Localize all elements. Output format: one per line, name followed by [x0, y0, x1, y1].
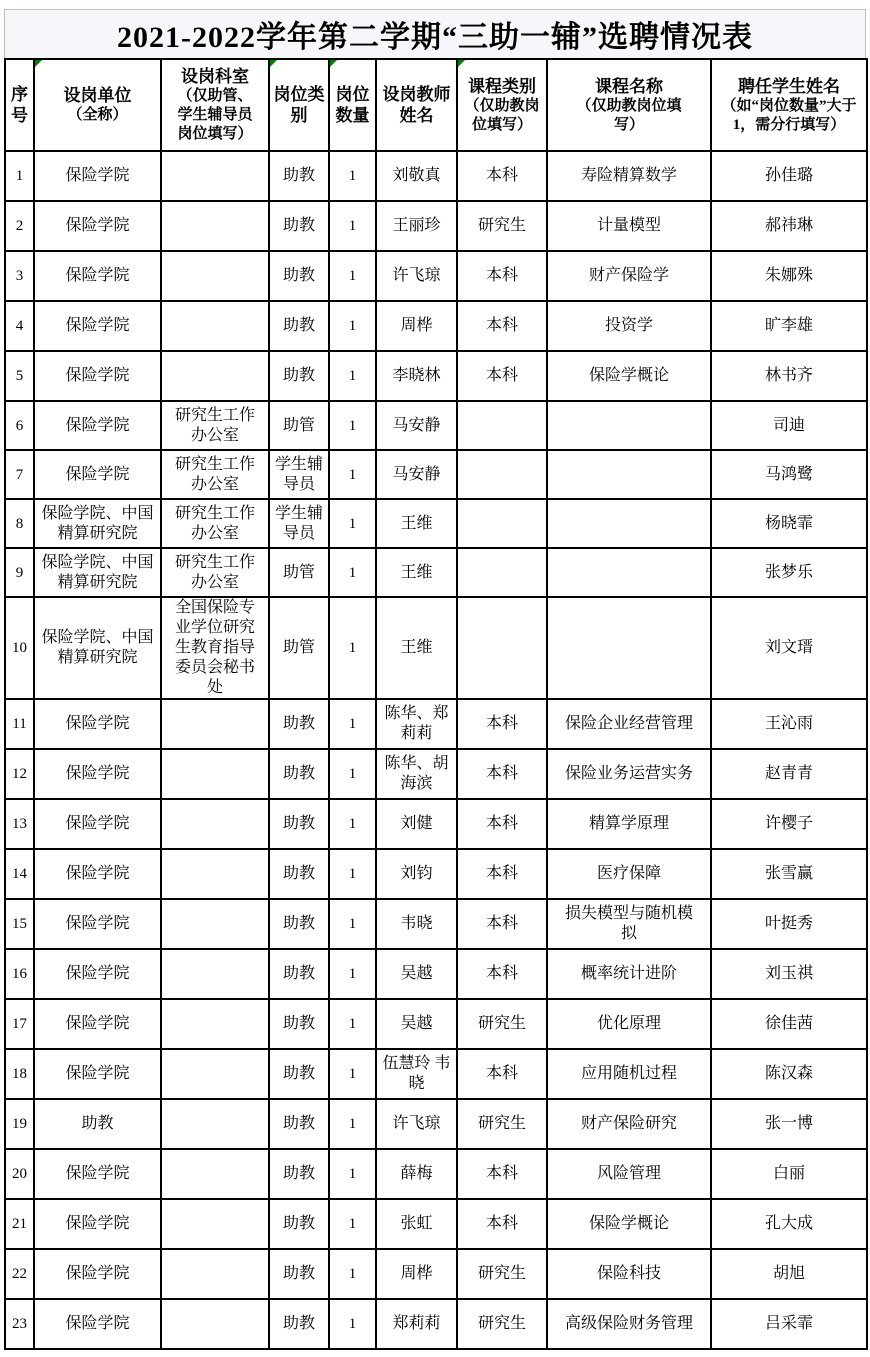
cell-course-name: 精算学原理	[547, 799, 711, 849]
cell-dept	[161, 699, 269, 749]
cell-unit: 保险学院	[34, 351, 161, 401]
header-row: 序号 设岗单位 （全称） 设岗科室 （仅助管、学生辅导员岗位填写） 岗位类别 岗…	[5, 59, 867, 151]
header-course-name: 课程名称 （仅助教岗位填写）	[547, 59, 711, 151]
header-student-note: （如“岗位数量”大于1，需分行填写）	[720, 97, 858, 135]
cell-unit: 保险学院	[34, 799, 161, 849]
cell-unit: 保险学院	[34, 949, 161, 999]
cell-seq: 7	[5, 450, 34, 499]
table-row: 14 保险学院 助教 1 刘钧 本科 医疗保障 张雪赢	[5, 849, 867, 899]
cell-course-name: 医疗保障	[547, 849, 711, 899]
header-seq: 序号	[5, 59, 34, 151]
cell-course-name: 保险科技	[547, 1249, 711, 1299]
cell-course-type: 研究生	[457, 1099, 547, 1149]
cell-course-type	[457, 499, 547, 548]
cell-seq: 6	[5, 401, 34, 450]
cell-dept: 全国保险专业学位研究生教育指导委员会秘书处	[161, 597, 269, 699]
cell-unit: 保险学院、中国精算研究院	[34, 597, 161, 699]
cell-qty: 1	[329, 949, 376, 999]
cell-unit: 保险学院	[34, 699, 161, 749]
header-course-type: 课程类别 （仅助教岗位填写）	[457, 59, 547, 151]
cell-unit: 保险学院	[34, 1149, 161, 1199]
cell-course-type	[457, 548, 547, 597]
cell-category: 助教	[269, 899, 329, 949]
table-row: 16 保险学院 助教 1 吴越 本科 概率统计进阶 刘玉祺	[5, 949, 867, 999]
cell-student: 刘文瑨	[711, 597, 867, 699]
cell-category: 助教	[269, 351, 329, 401]
cell-category: 助管	[269, 597, 329, 699]
cell-category: 助教	[269, 1199, 329, 1249]
cell-course-name: 应用随机过程	[547, 1049, 711, 1099]
cell-category: 助教	[269, 251, 329, 301]
cell-seq: 5	[5, 351, 34, 401]
cell-course-name	[547, 450, 711, 499]
cell-dept	[161, 151, 269, 201]
cell-category: 助管	[269, 401, 329, 450]
header-course-type-label: 课程类别	[464, 76, 540, 97]
cell-unit: 保险学院	[34, 1199, 161, 1249]
table-row: 23 保险学院 助教 1 郑莉莉 研究生 高级保险财务管理 吕采霏	[5, 1299, 867, 1349]
cell-teacher: 张虹	[376, 1199, 457, 1249]
cell-category: 助教	[269, 301, 329, 351]
cell-seq: 9	[5, 548, 34, 597]
cell-course-type	[457, 597, 547, 699]
cell-category: 助教	[269, 1299, 329, 1349]
cell-course-name: 计量模型	[547, 201, 711, 251]
cell-course-name: 概率统计进阶	[547, 949, 711, 999]
cell-course-type: 本科	[457, 301, 547, 351]
cell-course-name	[547, 597, 711, 699]
cell-dept	[161, 1099, 269, 1149]
cell-qty: 1	[329, 1049, 376, 1099]
cell-qty: 1	[329, 499, 376, 548]
table-row: 21 保险学院 助教 1 张虹 本科 保险学概论 孔大成	[5, 1199, 867, 1249]
cell-teacher: 郑莉莉	[376, 1299, 457, 1349]
table-row: 17 保险学院 助教 1 吴越 研究生 优化原理 徐佳茜	[5, 999, 867, 1049]
cell-dept	[161, 949, 269, 999]
header-seq-label: 序号	[8, 84, 31, 126]
cell-course-type: 本科	[457, 949, 547, 999]
cell-teacher: 马安静	[376, 401, 457, 450]
cell-teacher: 陈华、郑莉莉	[376, 699, 457, 749]
cell-student: 孙佳璐	[711, 151, 867, 201]
cell-category: 助教	[269, 1249, 329, 1299]
cell-course-name: 损失模型与随机模拟	[547, 899, 711, 949]
cell-course-name: 保险企业经营管理	[547, 699, 711, 749]
cell-flag-icon	[458, 60, 465, 67]
cell-dept	[161, 1199, 269, 1249]
cell-seq: 12	[5, 749, 34, 799]
cell-course-name: 财产保险研究	[547, 1099, 711, 1149]
cell-course-type: 本科	[457, 351, 547, 401]
cell-course-type: 研究生	[457, 1299, 547, 1349]
cell-seq: 22	[5, 1249, 34, 1299]
table-row: 20 保险学院 助教 1 薛梅 本科 风险管理 白丽	[5, 1149, 867, 1199]
cell-unit: 保险学院	[34, 201, 161, 251]
cell-dept: 研究生工作办公室	[161, 401, 269, 450]
cell-dept	[161, 1249, 269, 1299]
cell-qty: 1	[329, 1099, 376, 1149]
cell-student: 吕采霏	[711, 1299, 867, 1349]
cell-qty: 1	[329, 401, 376, 450]
cell-dept: 研究生工作办公室	[161, 450, 269, 499]
cell-student: 旷李雄	[711, 301, 867, 351]
cell-qty: 1	[329, 450, 376, 499]
cell-course-name: 投资学	[547, 301, 711, 351]
cell-teacher: 薛梅	[376, 1149, 457, 1199]
cell-unit: 保险学院	[34, 1249, 161, 1299]
cell-unit: 保险学院	[34, 749, 161, 799]
header-unit-note: （全称）	[43, 106, 152, 125]
header-teacher-label: 设岗教师姓名	[379, 84, 454, 126]
cell-teacher: 刘健	[376, 799, 457, 849]
cell-qty: 1	[329, 699, 376, 749]
cell-seq: 4	[5, 301, 34, 351]
cell-category: 助教	[269, 949, 329, 999]
table-row: 15 保险学院 助教 1 韦晓 本科 损失模型与随机模拟 叶挺秀	[5, 899, 867, 949]
cell-category: 助教	[269, 799, 329, 849]
cell-qty: 1	[329, 1249, 376, 1299]
cell-unit: 保险学院	[34, 1299, 161, 1349]
cell-qty: 1	[329, 1149, 376, 1199]
cell-seq: 1	[5, 151, 34, 201]
cell-course-type: 本科	[457, 1049, 547, 1099]
header-course-type-note: （仅助教岗位填写）	[464, 97, 540, 135]
cell-unit: 保险学院	[34, 899, 161, 949]
sheet: 2021-2022学年第二学期“三助一辅”选聘情况表 序号 设岗单位 （全称） …	[4, 9, 866, 1350]
cell-qty: 1	[329, 749, 376, 799]
cell-dept	[161, 1049, 269, 1099]
cell-teacher: 陈华、胡海滨	[376, 749, 457, 799]
cell-student: 张雪赢	[711, 849, 867, 899]
page-title: 2021-2022学年第二学期“三助一辅”选聘情况表	[117, 12, 753, 56]
cell-qty: 1	[329, 1199, 376, 1249]
cell-student: 徐佳茜	[711, 999, 867, 1049]
cell-category: 助教	[269, 849, 329, 899]
cell-course-type: 研究生	[457, 1249, 547, 1299]
cell-unit: 保险学院	[34, 999, 161, 1049]
header-category: 岗位类别	[269, 59, 329, 151]
cell-seq: 23	[5, 1299, 34, 1349]
cell-qty: 1	[329, 151, 376, 201]
table-row: 22 保险学院 助教 1 周桦 研究生 保险科技 胡旭	[5, 1249, 867, 1299]
table-row: 18 保险学院 助教 1 伍慧玲 韦晓 本科 应用随机过程 陈汉森	[5, 1049, 867, 1099]
cell-student: 张一博	[711, 1099, 867, 1149]
cell-category: 助管	[269, 548, 329, 597]
cell-course-name: 寿险精算数学	[547, 151, 711, 201]
cell-course-name	[547, 499, 711, 548]
cell-unit: 保险学院	[34, 450, 161, 499]
table-row: 7 保险学院 研究生工作办公室 学生辅导员 1 马安静 马鸿鹭	[5, 450, 867, 499]
cell-course-type: 本科	[457, 1199, 547, 1249]
cell-seq: 21	[5, 1199, 34, 1249]
cell-course-type: 本科	[457, 151, 547, 201]
header-unit-label: 设岗单位	[43, 85, 152, 106]
cell-qty: 1	[329, 799, 376, 849]
title-bar: 2021-2022学年第二学期“三助一辅”选聘情况表	[4, 9, 866, 58]
header-category-label: 岗位类别	[272, 84, 326, 126]
header-dept-label: 设岗科室	[175, 66, 255, 87]
header-dept-note: （仅助管、学生辅导员岗位填写）	[175, 87, 255, 144]
cell-student: 郝祎琳	[711, 201, 867, 251]
header-dept: 设岗科室 （仅助管、学生辅导员岗位填写）	[161, 59, 269, 151]
cell-teacher: 刘敬真	[376, 151, 457, 201]
cell-student: 林书齐	[711, 351, 867, 401]
cell-course-name: 优化原理	[547, 999, 711, 1049]
cell-category: 助教	[269, 699, 329, 749]
cell-dept	[161, 251, 269, 301]
cell-course-type: 本科	[457, 849, 547, 899]
cell-student: 赵青青	[711, 749, 867, 799]
cell-teacher: 马安静	[376, 450, 457, 499]
header-unit: 设岗单位 （全称）	[34, 59, 161, 151]
table-row: 5 保险学院 助教 1 李晓林 本科 保险学概论 林书齐	[5, 351, 867, 401]
cell-seq: 17	[5, 999, 34, 1049]
cell-student: 王沁雨	[711, 699, 867, 749]
cell-seq: 16	[5, 949, 34, 999]
cell-category: 助教	[269, 999, 329, 1049]
header-student: 聘任学生姓名 （如“岗位数量”大于1，需分行填写）	[711, 59, 867, 151]
cell-course-name: 保险学概论	[547, 1199, 711, 1249]
table-row: 12 保险学院 助教 1 陈华、胡海滨 本科 保险业务运营实务 赵青青	[5, 749, 867, 799]
cell-course-type: 本科	[457, 799, 547, 849]
cell-teacher: 周桦	[376, 301, 457, 351]
cell-teacher: 周桦	[376, 1249, 457, 1299]
cell-teacher: 吴越	[376, 949, 457, 999]
cell-teacher: 许飞琼	[376, 1099, 457, 1149]
cell-student: 马鸿鹭	[711, 450, 867, 499]
cell-seq: 3	[5, 251, 34, 301]
cell-student: 叶挺秀	[711, 899, 867, 949]
table-row: 11 保险学院 助教 1 陈华、郑莉莉 本科 保险企业经营管理 王沁雨	[5, 699, 867, 749]
cell-qty: 1	[329, 999, 376, 1049]
cell-category: 助教	[269, 749, 329, 799]
cell-qty: 1	[329, 201, 376, 251]
header-teacher: 设岗教师姓名	[376, 59, 457, 151]
cell-teacher: 李晓林	[376, 351, 457, 401]
cell-student: 刘玉祺	[711, 949, 867, 999]
cell-seq: 19	[5, 1099, 34, 1149]
cell-category: 助教	[269, 1049, 329, 1099]
cell-student: 朱娜殊	[711, 251, 867, 301]
cell-flag-icon	[330, 60, 337, 67]
cell-qty: 1	[329, 301, 376, 351]
cell-qty: 1	[329, 548, 376, 597]
cell-course-type: 本科	[457, 699, 547, 749]
cell-teacher: 王丽珍	[376, 201, 457, 251]
cell-course-name	[547, 401, 711, 450]
cell-student: 白丽	[711, 1149, 867, 1199]
cell-course-name: 保险学概论	[547, 351, 711, 401]
header-qty-label: 岗位数量	[332, 84, 373, 126]
cell-course-type: 研究生	[457, 201, 547, 251]
cell-dept	[161, 999, 269, 1049]
cell-unit: 保险学院	[34, 401, 161, 450]
cell-teacher: 吴越	[376, 999, 457, 1049]
cell-dept	[161, 201, 269, 251]
cell-seq: 10	[5, 597, 34, 699]
selection-table: 序号 设岗单位 （全称） 设岗科室 （仅助管、学生辅导员岗位填写） 岗位类别 岗…	[4, 58, 868, 1350]
header-qty: 岗位数量	[329, 59, 376, 151]
table-row: 13 保险学院 助教 1 刘健 本科 精算学原理 许樱子	[5, 799, 867, 849]
cell-course-type: 研究生	[457, 999, 547, 1049]
cell-category: 助教	[269, 1149, 329, 1199]
table-row: 6 保险学院 研究生工作办公室 助管 1 马安静 司迪	[5, 401, 867, 450]
cell-student: 胡旭	[711, 1249, 867, 1299]
table-row: 2 保险学院 助教 1 王丽珍 研究生 计量模型 郝祎琳	[5, 201, 867, 251]
cell-seq: 13	[5, 799, 34, 849]
cell-unit: 保险学院	[34, 301, 161, 351]
cell-teacher: 王维	[376, 597, 457, 699]
cell-dept	[161, 1299, 269, 1349]
cell-unit: 保险学院	[34, 151, 161, 201]
cell-student: 陈汉森	[711, 1049, 867, 1099]
cell-dept	[161, 301, 269, 351]
cell-course-type	[457, 401, 547, 450]
cell-seq: 2	[5, 201, 34, 251]
cell-unit: 保险学院、中国精算研究院	[34, 499, 161, 548]
cell-course-name: 财产保险学	[547, 251, 711, 301]
cell-qty: 1	[329, 597, 376, 699]
cell-course-type	[457, 450, 547, 499]
cell-unit: 保险学院	[34, 251, 161, 301]
cell-course-type: 本科	[457, 749, 547, 799]
cell-qty: 1	[329, 899, 376, 949]
cell-course-type: 本科	[457, 1149, 547, 1199]
cell-flag-icon	[270, 60, 277, 67]
cell-unit: 保险学院、中国精算研究院	[34, 548, 161, 597]
cell-teacher: 王维	[376, 499, 457, 548]
cell-teacher: 伍慧玲 韦晓	[376, 1049, 457, 1099]
cell-teacher: 韦晓	[376, 899, 457, 949]
cell-course-name: 保险业务运营实务	[547, 749, 711, 799]
table-row: 9 保险学院、中国精算研究院 研究生工作办公室 助管 1 王维 张梦乐	[5, 548, 867, 597]
cell-course-type: 本科	[457, 899, 547, 949]
cell-category: 助教	[269, 201, 329, 251]
cell-seq: 14	[5, 849, 34, 899]
cell-seq: 18	[5, 1049, 34, 1099]
cell-teacher: 许飞琼	[376, 251, 457, 301]
cell-category: 助教	[269, 151, 329, 201]
cell-dept	[161, 1149, 269, 1199]
cell-student: 孔大成	[711, 1199, 867, 1249]
cell-unit: 助教	[34, 1099, 161, 1149]
cell-seq: 20	[5, 1149, 34, 1199]
cell-teacher: 王维	[376, 548, 457, 597]
cell-course-name: 风险管理	[547, 1149, 711, 1199]
table-row: 3 保险学院 助教 1 许飞琼 本科 财产保险学 朱娜殊	[5, 251, 867, 301]
cell-course-name: 高级保险财务管理	[547, 1299, 711, 1349]
cell-course-name	[547, 548, 711, 597]
cell-unit: 保险学院	[34, 849, 161, 899]
cell-student: 张梦乐	[711, 548, 867, 597]
table-row: 4 保险学院 助教 1 周桦 本科 投资学 旷李雄	[5, 301, 867, 351]
table-row: 8 保险学院、中国精算研究院 研究生工作办公室 学生辅导员 1 王维 杨晓霏	[5, 499, 867, 548]
cell-teacher: 刘钧	[376, 849, 457, 899]
cell-category: 学生辅导员	[269, 499, 329, 548]
cell-dept	[161, 351, 269, 401]
cell-qty: 1	[329, 1299, 376, 1349]
cell-student: 杨晓霏	[711, 499, 867, 548]
cell-qty: 1	[329, 351, 376, 401]
cell-dept	[161, 749, 269, 799]
cell-course-type: 本科	[457, 251, 547, 301]
cell-flag-icon	[35, 60, 42, 67]
cell-dept: 研究生工作办公室	[161, 499, 269, 548]
cell-dept	[161, 899, 269, 949]
cell-seq: 8	[5, 499, 34, 548]
cell-student: 许樱子	[711, 799, 867, 849]
cell-qty: 1	[329, 251, 376, 301]
cell-seq: 15	[5, 899, 34, 949]
header-course-name-note: （仅助教岗位填写）	[572, 97, 686, 135]
cell-student: 司迪	[711, 401, 867, 450]
cell-qty: 1	[329, 849, 376, 899]
table-row: 1 保险学院 助教 1 刘敬真 本科 寿险精算数学 孙佳璐	[5, 151, 867, 201]
cell-dept: 研究生工作办公室	[161, 548, 269, 597]
cell-dept	[161, 849, 269, 899]
cell-unit: 保险学院	[34, 1049, 161, 1099]
header-course-name-label: 课程名称	[572, 76, 686, 97]
cell-dept	[161, 799, 269, 849]
table-row: 10 保险学院、中国精算研究院 全国保险专业学位研究生教育指导委员会秘书处 助管…	[5, 597, 867, 699]
cell-category: 助教	[269, 1099, 329, 1149]
cell-category: 学生辅导员	[269, 450, 329, 499]
table-row: 19 助教 助教 1 许飞琼 研究生 财产保险研究 张一博	[5, 1099, 867, 1149]
header-student-label: 聘任学生姓名	[720, 76, 858, 97]
cell-seq: 11	[5, 699, 34, 749]
